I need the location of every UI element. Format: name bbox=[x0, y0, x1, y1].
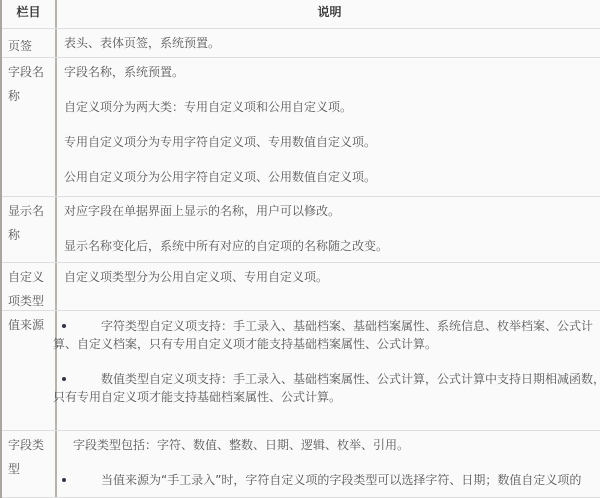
row-label: 字段类型 bbox=[2, 431, 57, 497]
description-text: 字段名称，系统预置。 bbox=[64, 63, 595, 81]
table-row: 页签 表头、表体页签，系统预置。 bbox=[2, 29, 600, 58]
table-header: 栏目 说明 bbox=[2, 0, 600, 29]
row-description: 字符类型自定义项支持：手工录入、基础档案、基础档案属性、系统信息、枚举档案、公式… bbox=[57, 311, 600, 430]
row-label: 值来源 bbox=[2, 311, 57, 430]
description-text: 对应字段在单据界面上显示的名称，用户可以修改。 bbox=[64, 202, 595, 220]
row-description: 字段类型包括：字符、数值、整数、日期、逻辑、枚举、引用。 当值来源为“手工录入”… bbox=[57, 431, 600, 497]
bullet-text: 当值来源为“手工录入”时，字符自定义项的字段类型可以选择字符、日期；数值自定义项… bbox=[101, 471, 581, 489]
description-text: 专用自定义项分为专用字符自定义项、专用数值自定义项。 bbox=[64, 133, 595, 151]
bullet-text: 字符类型自定义项支持：手工录入、基础档案、基础档案属性、系统信息、枚举档案、公式… bbox=[101, 317, 593, 353]
field-description-table: 栏目 说明 页签 表头、表体页签，系统预置。 字段名称 字段名称，系统预置。 自… bbox=[0, 0, 600, 497]
description-text: 字段类型包括：字符、数值、整数、日期、逻辑、枚举、引用。 bbox=[59, 436, 595, 454]
bullet-dot-icon bbox=[59, 370, 107, 406]
bullet-item: 当值来源为“手工录入”时，字符自定义项的字段类型可以选择字符、日期；数值自定义项… bbox=[59, 471, 595, 489]
row-label: 字段名称 bbox=[2, 58, 57, 196]
table-row: 值来源 字符类型自定义项支持：手工录入、基础档案、基础档案属性、系统信息、枚举档… bbox=[2, 311, 600, 431]
row-description: 自定义项类型分为公用自定义项、专用自定义项。 bbox=[57, 263, 600, 310]
table-row: 显示名称 对应字段在单据界面上显示的名称，用户可以修改。 显示名称变化后，系统中… bbox=[2, 197, 600, 263]
row-label: 自定义项类型 bbox=[2, 263, 57, 310]
row-label: 显示名称 bbox=[2, 197, 57, 262]
header-column-field: 栏目 bbox=[2, 0, 57, 28]
description-text: 自定义项分为两大类：专用自定义项和公用自定义项。 bbox=[64, 98, 595, 116]
bullet-text: 数值类型自定义项支持：手工录入、基础档案属性、公式计算，公式计算中支持日期相减函… bbox=[101, 370, 600, 406]
description-text: 公用自定义项分为公用字符自定义项、公用数值自定义项。 bbox=[64, 168, 595, 186]
row-description: 对应字段在单据界面上显示的名称，用户可以修改。 显示名称变化后，系统中所有对应的… bbox=[57, 197, 600, 262]
table-row: 自定义项类型 自定义项类型分为公用自定义项、专用自定义项。 bbox=[2, 263, 600, 311]
bullet-item: 字符类型自定义项支持：手工录入、基础档案、基础档案属性、系统信息、枚举档案、公式… bbox=[59, 317, 600, 353]
row-description: 表头、表体页签，系统预置。 bbox=[57, 29, 600, 57]
row-label: 页签 bbox=[2, 29, 57, 57]
row-description: 字段名称，系统预置。 自定义项分为两大类：专用自定义项和公用自定义项。 专用自定… bbox=[57, 58, 600, 196]
table-row: 字段类型 字段类型包括：字符、数值、整数、日期、逻辑、枚举、引用。 当值来源为“… bbox=[2, 431, 600, 497]
bullet-item: 数值类型自定义项支持：手工录入、基础档案属性、公式计算，公式计算中支持日期相减函… bbox=[59, 370, 600, 406]
header-column-description: 说明 bbox=[57, 0, 600, 28]
bullet-dot-icon bbox=[59, 471, 107, 489]
description-text: 自定义项类型分为公用自定义项、专用自定义项。 bbox=[64, 268, 595, 286]
table-row: 字段名称 字段名称，系统预置。 自定义项分为两大类：专用自定义项和公用自定义项。… bbox=[2, 58, 600, 197]
description-text: 表头、表体页签，系统预置。 bbox=[64, 34, 595, 52]
description-text: 显示名称变化后，系统中所有对应的自定项的名称随之改变。 bbox=[64, 237, 595, 255]
